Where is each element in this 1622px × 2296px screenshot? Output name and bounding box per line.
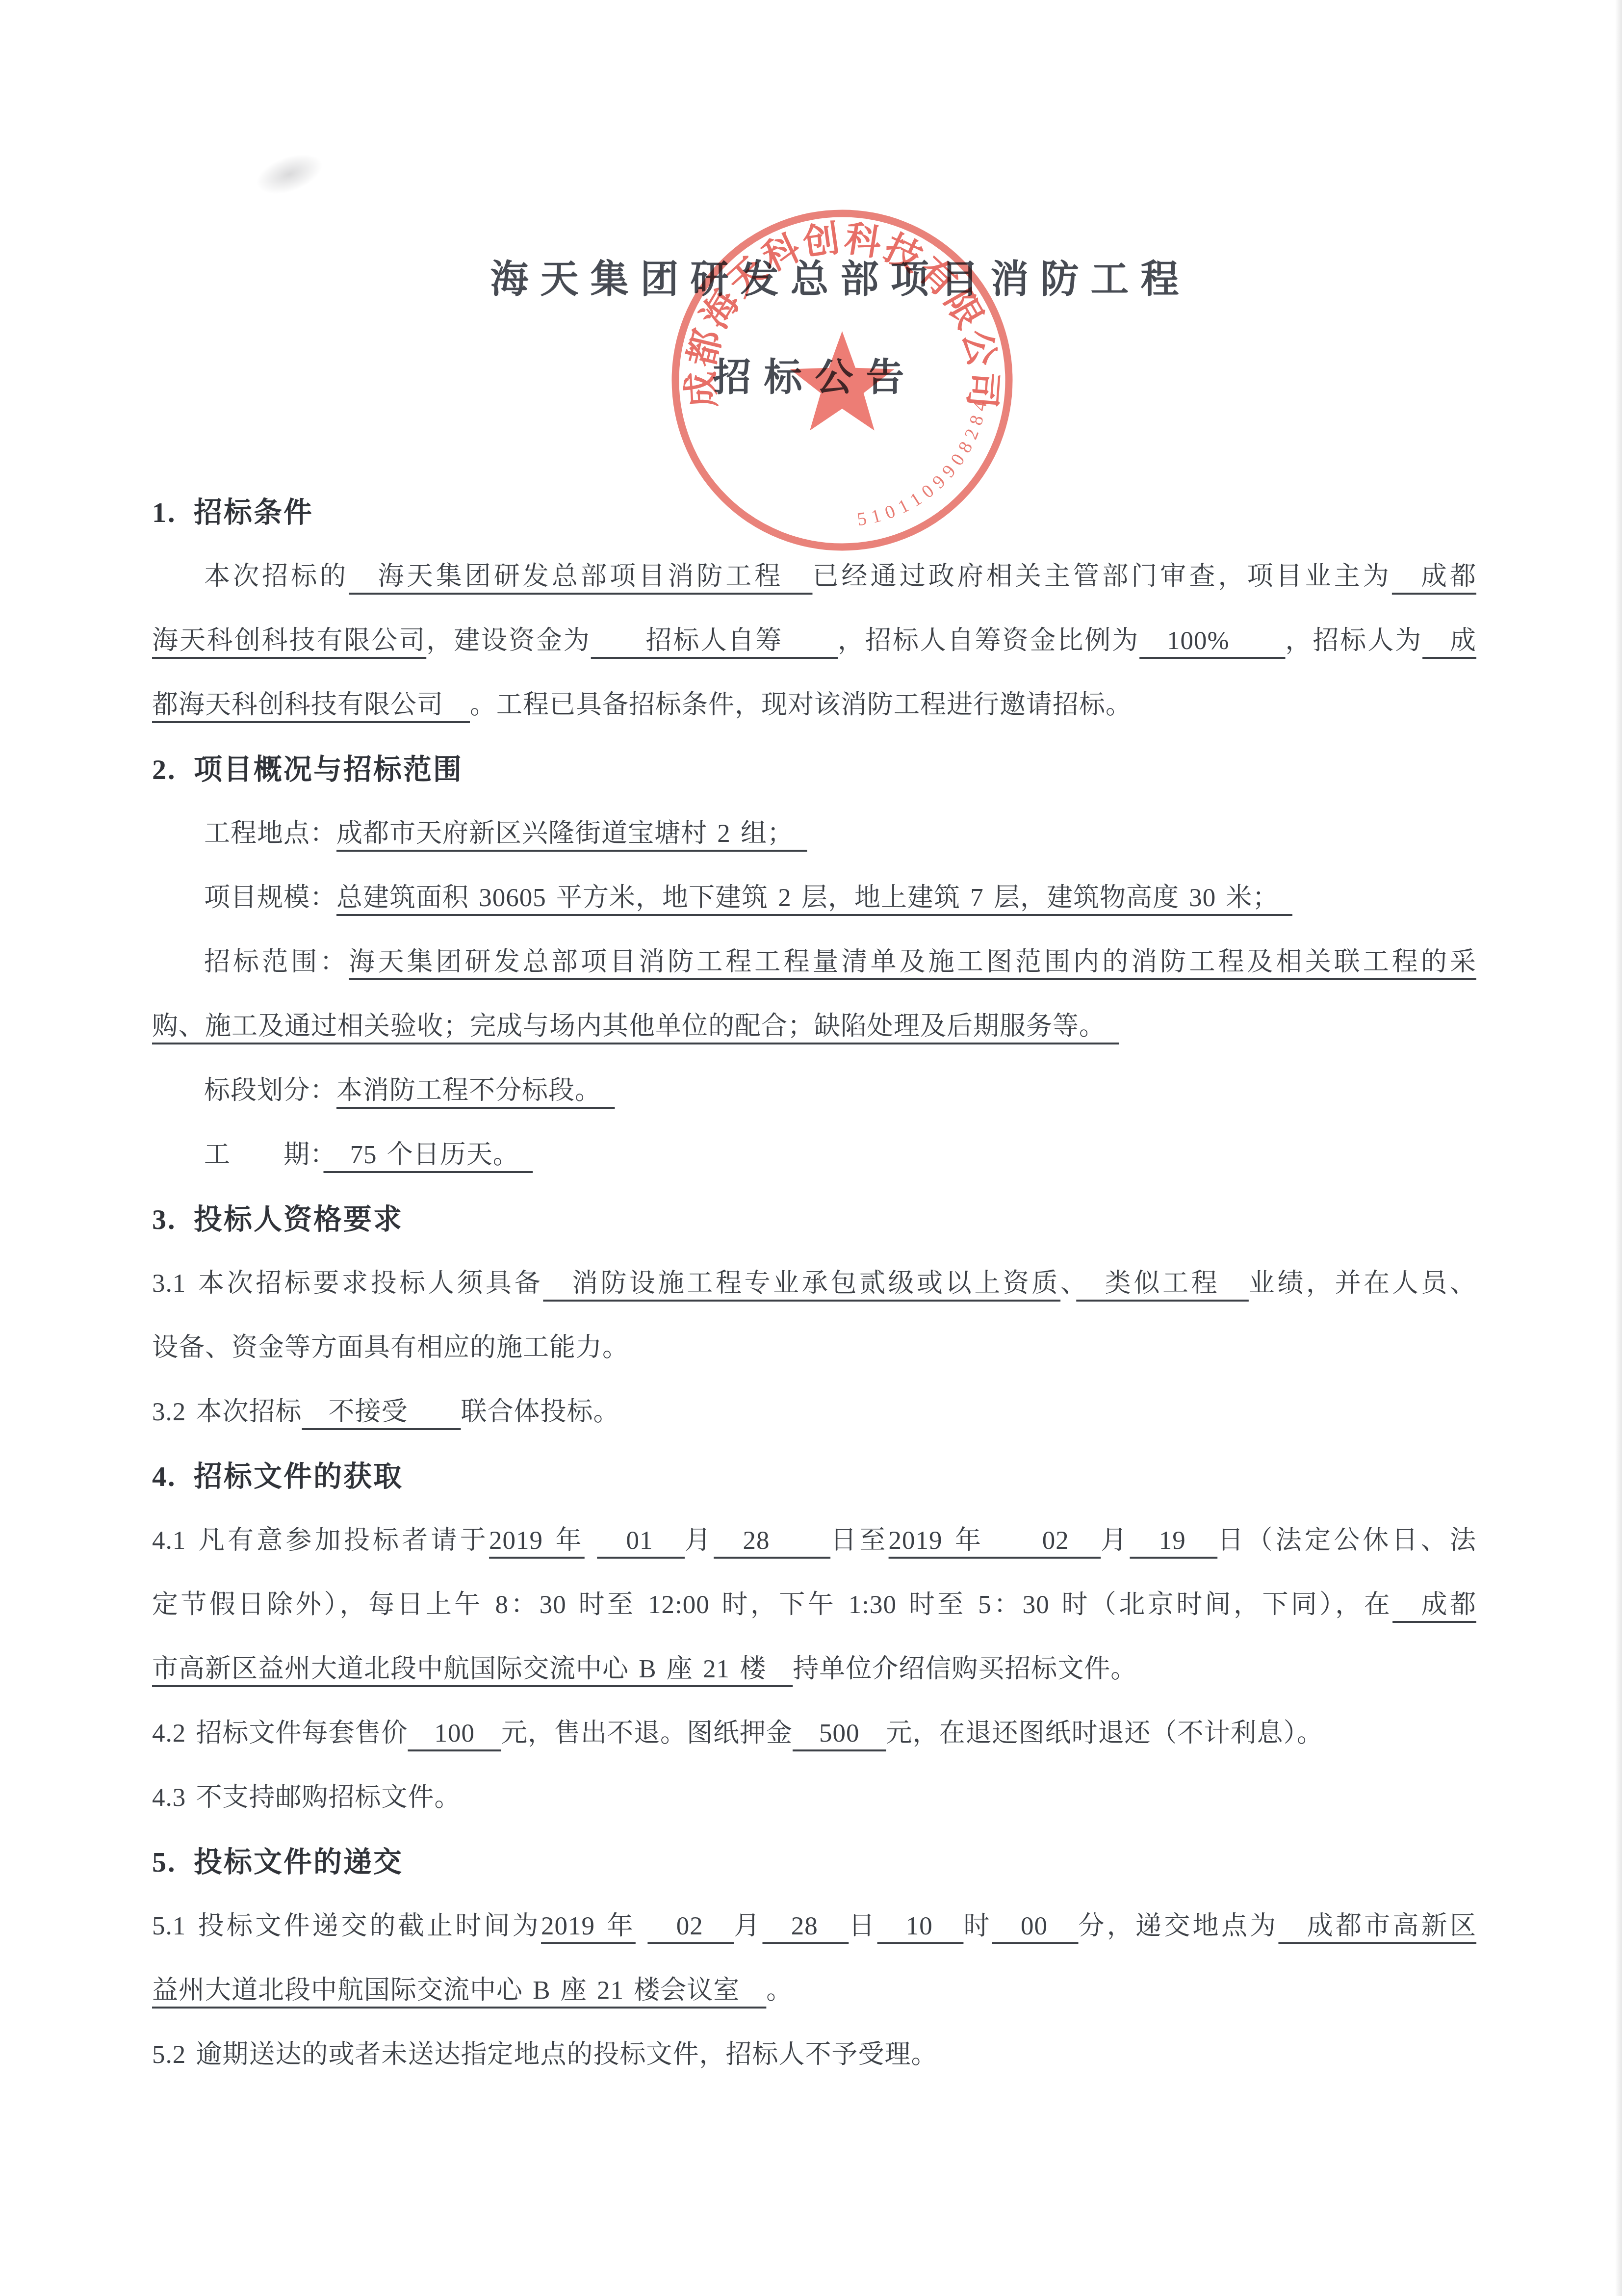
clause-3-2: 3.2 本次招标 不接受 联合体投标。 [152, 1380, 1476, 1444]
text-run: 本次招标的 [204, 562, 349, 591]
item-scope-line-2: 购、施工及通过相关验收；完成与场内其他单位的配合；缺陷处理及后期服务等。 [152, 994, 1476, 1059]
underlined-text: 100% [1139, 626, 1285, 655]
text-run: 持单位介绍信购买招标文件。 [793, 1655, 1137, 1683]
clause-4-1-line-3: 市高新区益州大道北段中航国际交流中心 B 座 21 楼 持单位介绍信购买招标文件… [152, 1637, 1476, 1701]
text-run: 。 [766, 1976, 793, 2005]
clause-5-2: 5.2 逾期送达的或者未送达指定地点的投标文件，招标人不予受理。 [152, 2023, 1476, 2087]
text-run: 日至 [830, 1526, 888, 1555]
text-run: 招标范围： [204, 948, 349, 976]
para-1-line-2: 海天科创科技有限公司，建设资金为 招标人自筹 ，招标人自筹资金比例为 100% … [152, 609, 1476, 673]
underlined-text: 消防设施工程专业承包贰级或以上资质 [543, 1269, 1060, 1298]
section-heading-4: 4. 招标文件的获取 [152, 1444, 1476, 1509]
document-title-line-1: 海天集团研发总部项目消防工程 [29, 258, 1622, 302]
underlined-text: 类似工程 [1076, 1269, 1249, 1298]
underlined-text: 01 [597, 1526, 685, 1555]
text-run: 分，递交地点为 [1079, 1912, 1279, 1940]
text-run: 工 期： [204, 1141, 324, 1169]
text-run: 3.1 本次招标要求投标人须具备 [152, 1269, 543, 1298]
underlined-text: 28 [714, 1526, 830, 1555]
underlined-text: 500 [793, 1719, 886, 1748]
underlined-text: 购、施工及通过相关验收；完成与场内其他单位的配合；缺陷处理及后期服务等。 [152, 1012, 1119, 1041]
text-run: 3.2 本次招标 [152, 1398, 302, 1426]
text-run: 。工程已具备招标条件，现对该消防工程进行邀请招标。 [470, 691, 1132, 719]
underlined-text: 海天集团研发总部项目消防工程 [349, 562, 812, 591]
underlined-text: 成都市天府新区兴隆街道宝塘村 2 组； [336, 819, 807, 848]
item-scale: 项目规模：总建筑面积 30605 平方米，地下建筑 2 层，地上建筑 7 层，建… [152, 866, 1476, 930]
underlined-text: 总建筑面积 30605 平方米，地下建筑 2 层，地上建筑 7 层，建筑物高度 … [336, 884, 1292, 912]
underlined-text: 00 [992, 1912, 1079, 1940]
underlined-text: 19 [1130, 1526, 1218, 1555]
underlined-text: 招标人自筹 [591, 626, 838, 655]
underlined-text: 成 [1422, 626, 1476, 655]
item-duration: 工 期： 75 个日历天。 [152, 1123, 1476, 1187]
text-run: 元，售出不退。图纸押金 [501, 1719, 793, 1748]
text-run: 5. 投标文件的递交 [152, 1846, 403, 1878]
underlined-text: 海天集团研发总部项目消防工程工程量清单及施工图范围内的消防工程及相关联工程的采 [349, 948, 1476, 976]
underlined-text: 益州大道北段中航国际交流中心 B 座 21 楼会议室 [152, 1976, 766, 2005]
text-run: 4. 招标文件的获取 [152, 1461, 403, 1492]
text-run: 、 [1060, 1269, 1076, 1298]
clause-5-1-line-2: 益州大道北段中航国际交流中心 B 座 21 楼会议室 。 [152, 1958, 1476, 2023]
item-scope-line-1: 招标范围：海天集团研发总部项目消防工程工程量清单及施工图范围内的消防工程及相关联… [152, 930, 1476, 994]
text-run [636, 1912, 648, 1940]
text-run: ，招标人为 [1286, 626, 1423, 655]
text-run: 日（法定公休日、法 [1217, 1526, 1476, 1555]
underlined-text: 成都 [1392, 1591, 1476, 1619]
clause-4-2: 4.2 招标文件每套售价 100 元，售出不退。图纸押金 500 元，在退还图纸… [152, 1701, 1476, 1766]
clause-4-1-line-1: 4.1 凡有意参加投标者请于2019 年 01 月 28 日至2019 年 02… [152, 1509, 1476, 1573]
text-run: 定节假日除外），每日上午 8：30 时至 12:00 时，下午 1:30 时至 … [152, 1591, 1392, 1619]
para-1-line-3: 都海天科创科技有限公司 。工程已具备招标条件，现对该消防工程进行邀请招标。 [152, 673, 1476, 737]
text-run: 设备、资金等方面具有相应的施工能力。 [152, 1333, 629, 1362]
text-run: 工程地点： [204, 819, 336, 848]
text-run: 联合体投标。 [461, 1398, 620, 1426]
section-heading-2: 2. 项目概况与招标范围 [152, 737, 1476, 802]
text-run: 4.3 不支持邮购招标文件。 [152, 1783, 461, 1812]
text-run: 5.1 投标文件递交的截止时间为 [152, 1912, 541, 1940]
text-run: 月 [685, 1526, 714, 1555]
text-run: 月 [1101, 1526, 1130, 1555]
scan-edge-shadow [1615, 0, 1622, 2296]
underlined-text: 海天科创科技有限公司 [152, 626, 426, 655]
text-run: 1. 招标条件 [152, 496, 313, 528]
section-heading-5: 5. 投标文件的递交 [152, 1830, 1476, 1894]
clause-3-1-line-1: 3.1 本次招标要求投标人须具备 消防设施工程专业承包贰级或以上资质、 类似工程… [152, 1252, 1476, 1316]
underlined-text: 都海天科创科技有限公司 [152, 691, 470, 719]
document-body: 1. 招标条件本次招标的 海天集团研发总部项目消防工程 已经通过政府相关主管部门… [0, 480, 1622, 2087]
underlined-text: 本消防工程不分标段。 [336, 1076, 615, 1105]
text-run [585, 1526, 597, 1555]
underlined-text: 成都 [1392, 562, 1476, 591]
text-run: 4.2 招标文件每套售价 [152, 1719, 408, 1748]
section-heading-1: 1. 招标条件 [152, 480, 1476, 545]
underlined-text: 75 个日历天。 [324, 1141, 533, 1169]
clause-4-1-line-2: 定节假日除外），每日上午 8：30 时至 12:00 时，下午 1:30 时至 … [152, 1573, 1476, 1637]
text-run: 日 [849, 1912, 877, 1940]
text-run: 2. 项目概况与招标范围 [152, 754, 463, 785]
text-run: 3. 投标人资格要求 [152, 1203, 403, 1235]
text-run: 元，在退还图纸时退还（不计利息）。 [886, 1719, 1324, 1748]
section-heading-3: 3. 投标人资格要求 [152, 1187, 1476, 1252]
underlined-text: 不接受 [302, 1398, 461, 1426]
underlined-text: 市高新区益州大道北段中航国际交流中心 B 座 21 楼 [152, 1655, 793, 1683]
text-run: 标段划分： [204, 1076, 336, 1105]
document-page: 海天集团研发总部项目消防工程 招标公告 1. 招标条件本次招标的 海天集团研发总… [0, 0, 1622, 2296]
clause-5-1-line-1: 5.1 投标文件递交的截止时间为2019 年 02 月 28 日 10 时 00… [152, 1894, 1476, 1958]
underlined-text: 10 [877, 1912, 964, 1940]
clause-4-3: 4.3 不支持邮购招标文件。 [152, 1766, 1476, 1830]
text-run: 业绩，并在人员、 [1249, 1269, 1476, 1298]
para-1-line-1: 本次招标的 海天集团研发总部项目消防工程 已经通过政府相关主管部门审查，项目业主… [152, 545, 1476, 609]
underlined-text: 02 [647, 1912, 734, 1940]
underlined-text: 2019 年 02 [889, 1526, 1101, 1555]
text-run: 已经通过政府相关主管部门审查，项目业主为 [812, 562, 1391, 591]
underlined-text: 成都市高新区 [1278, 1912, 1476, 1940]
text-run: 时 [963, 1912, 992, 1940]
item-sections: 标段划分：本消防工程不分标段。 [152, 1059, 1476, 1123]
document-title-line-2: 招标公告 [4, 356, 1622, 400]
item-location: 工程地点：成都市天府新区兴隆街道宝塘村 2 组； [152, 802, 1476, 866]
text-run: ，建设资金为 [426, 626, 591, 655]
text-run: 4.1 凡有意参加投标者请于 [152, 1526, 489, 1555]
text-run: 5.2 逾期送达的或者未送达指定地点的投标文件，招标人不予受理。 [152, 2040, 938, 2069]
underlined-text: 2019 年 [541, 1912, 636, 1940]
text-run: ，招标人自筹资金比例为 [838, 626, 1139, 655]
underlined-text: 100 [408, 1719, 502, 1748]
underlined-text: 28 [762, 1912, 849, 1940]
scan-smudge [251, 146, 327, 202]
text-run: 项目规模： [204, 884, 336, 912]
underlined-text: 2019 年 [489, 1526, 585, 1555]
clause-3-1-line-2: 设备、资金等方面具有相应的施工能力。 [152, 1316, 1476, 1380]
text-run: 月 [734, 1912, 762, 1940]
